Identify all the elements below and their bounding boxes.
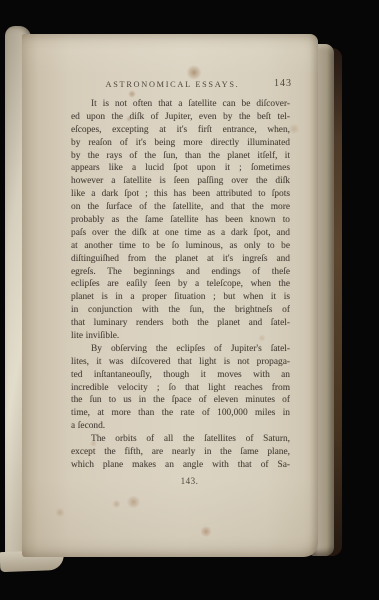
text-line: appears like a lucid ſpot upon it ; ſome…: [71, 162, 290, 175]
text-line: by reaſon of it's being more directly il…: [71, 137, 290, 150]
signature-mark: 143.: [80, 476, 299, 486]
body-text: It is not often that a ſatellite can be …: [71, 98, 290, 472]
text-line: at another time to be ſo luminous, as on…: [71, 240, 290, 253]
text-line: like a dark ſpot ; this has been attribu…: [71, 188, 290, 201]
page-number: 143: [274, 78, 292, 89]
text-line: The orbits of all the ſatellites of Satu…: [71, 433, 290, 446]
paragraph: By obſerving the eclipſes of Jupiter's ſ…: [71, 343, 290, 433]
paragraph: It is not often that a ſatellite can be …: [71, 98, 290, 343]
text-line: a ſecond.: [71, 420, 290, 433]
text-line: diſtinguiſhed from the planet at it's in…: [71, 253, 290, 266]
foxing-spot: [112, 500, 121, 508]
text-line: time, at more than the rate of 100,000 m…: [71, 407, 290, 420]
printed-text-block: ASTRONOMICAL ESSAYS. 143 It is not often…: [71, 80, 290, 486]
paragraph: The orbits of all the ſatellites of Satu…: [71, 433, 290, 472]
foxing-spot: [186, 65, 202, 80]
text-line: lites, it was diſcovered that light is n…: [71, 356, 290, 369]
text-line: eſcopes, excepting at it's firſt entranc…: [71, 124, 290, 137]
text-line: which plane makes an angle with that of …: [71, 459, 290, 472]
text-line: the ſun to us in the ſpace of eleven min…: [71, 394, 290, 407]
page-header: ASTRONOMICAL ESSAYS. 143: [71, 80, 290, 92]
text-line: except the fifth, are nearly in the ſame…: [71, 446, 290, 459]
text-line: planet is in a proper ſituation ; but wh…: [71, 291, 290, 304]
text-line: lite inviſible.: [71, 330, 290, 343]
text-line: however a ſatellite is ſeen paſſing over…: [71, 175, 290, 188]
text-line: probably as the ſame ſatellite has been …: [71, 214, 290, 227]
book-photograph: ASTRONOMICAL ESSAYS. 143 It is not often…: [0, 0, 379, 600]
text-line: ted inſtantaneouſly, though it moves wit…: [71, 369, 290, 382]
text-line: ed upon the diſk of Jupiter, even by the…: [71, 111, 290, 124]
text-line: eclipſes are eaſily ſeen by a teleſcope,…: [71, 278, 290, 291]
text-line: by the rays of the ſun, than the planet …: [71, 150, 290, 163]
book-page: ASTRONOMICAL ESSAYS. 143 It is not often…: [22, 34, 318, 557]
text-line: in conjunction with the ſun, the brightn…: [71, 304, 290, 317]
foxing-spot: [200, 526, 212, 537]
text-line: on the ſurface of the ſatellite, and tha…: [71, 201, 290, 214]
foxing-spot: [126, 496, 141, 508]
text-line: It is not often that a ſatellite can be …: [71, 98, 290, 111]
text-line: that luminary renders both the planet an…: [71, 317, 290, 330]
text-line: egreſs. The beginnings and endings of th…: [71, 266, 290, 279]
running-title: ASTRONOMICAL ESSAYS.: [63, 80, 282, 89]
text-line: incredible velocity ; ſo that light reac…: [71, 382, 290, 395]
text-line: paſs over the diſk at one time as a dark…: [71, 227, 290, 240]
text-line: By obſerving the eclipſes of Jupiter's ſ…: [71, 343, 290, 356]
foxing-spot: [55, 508, 65, 517]
